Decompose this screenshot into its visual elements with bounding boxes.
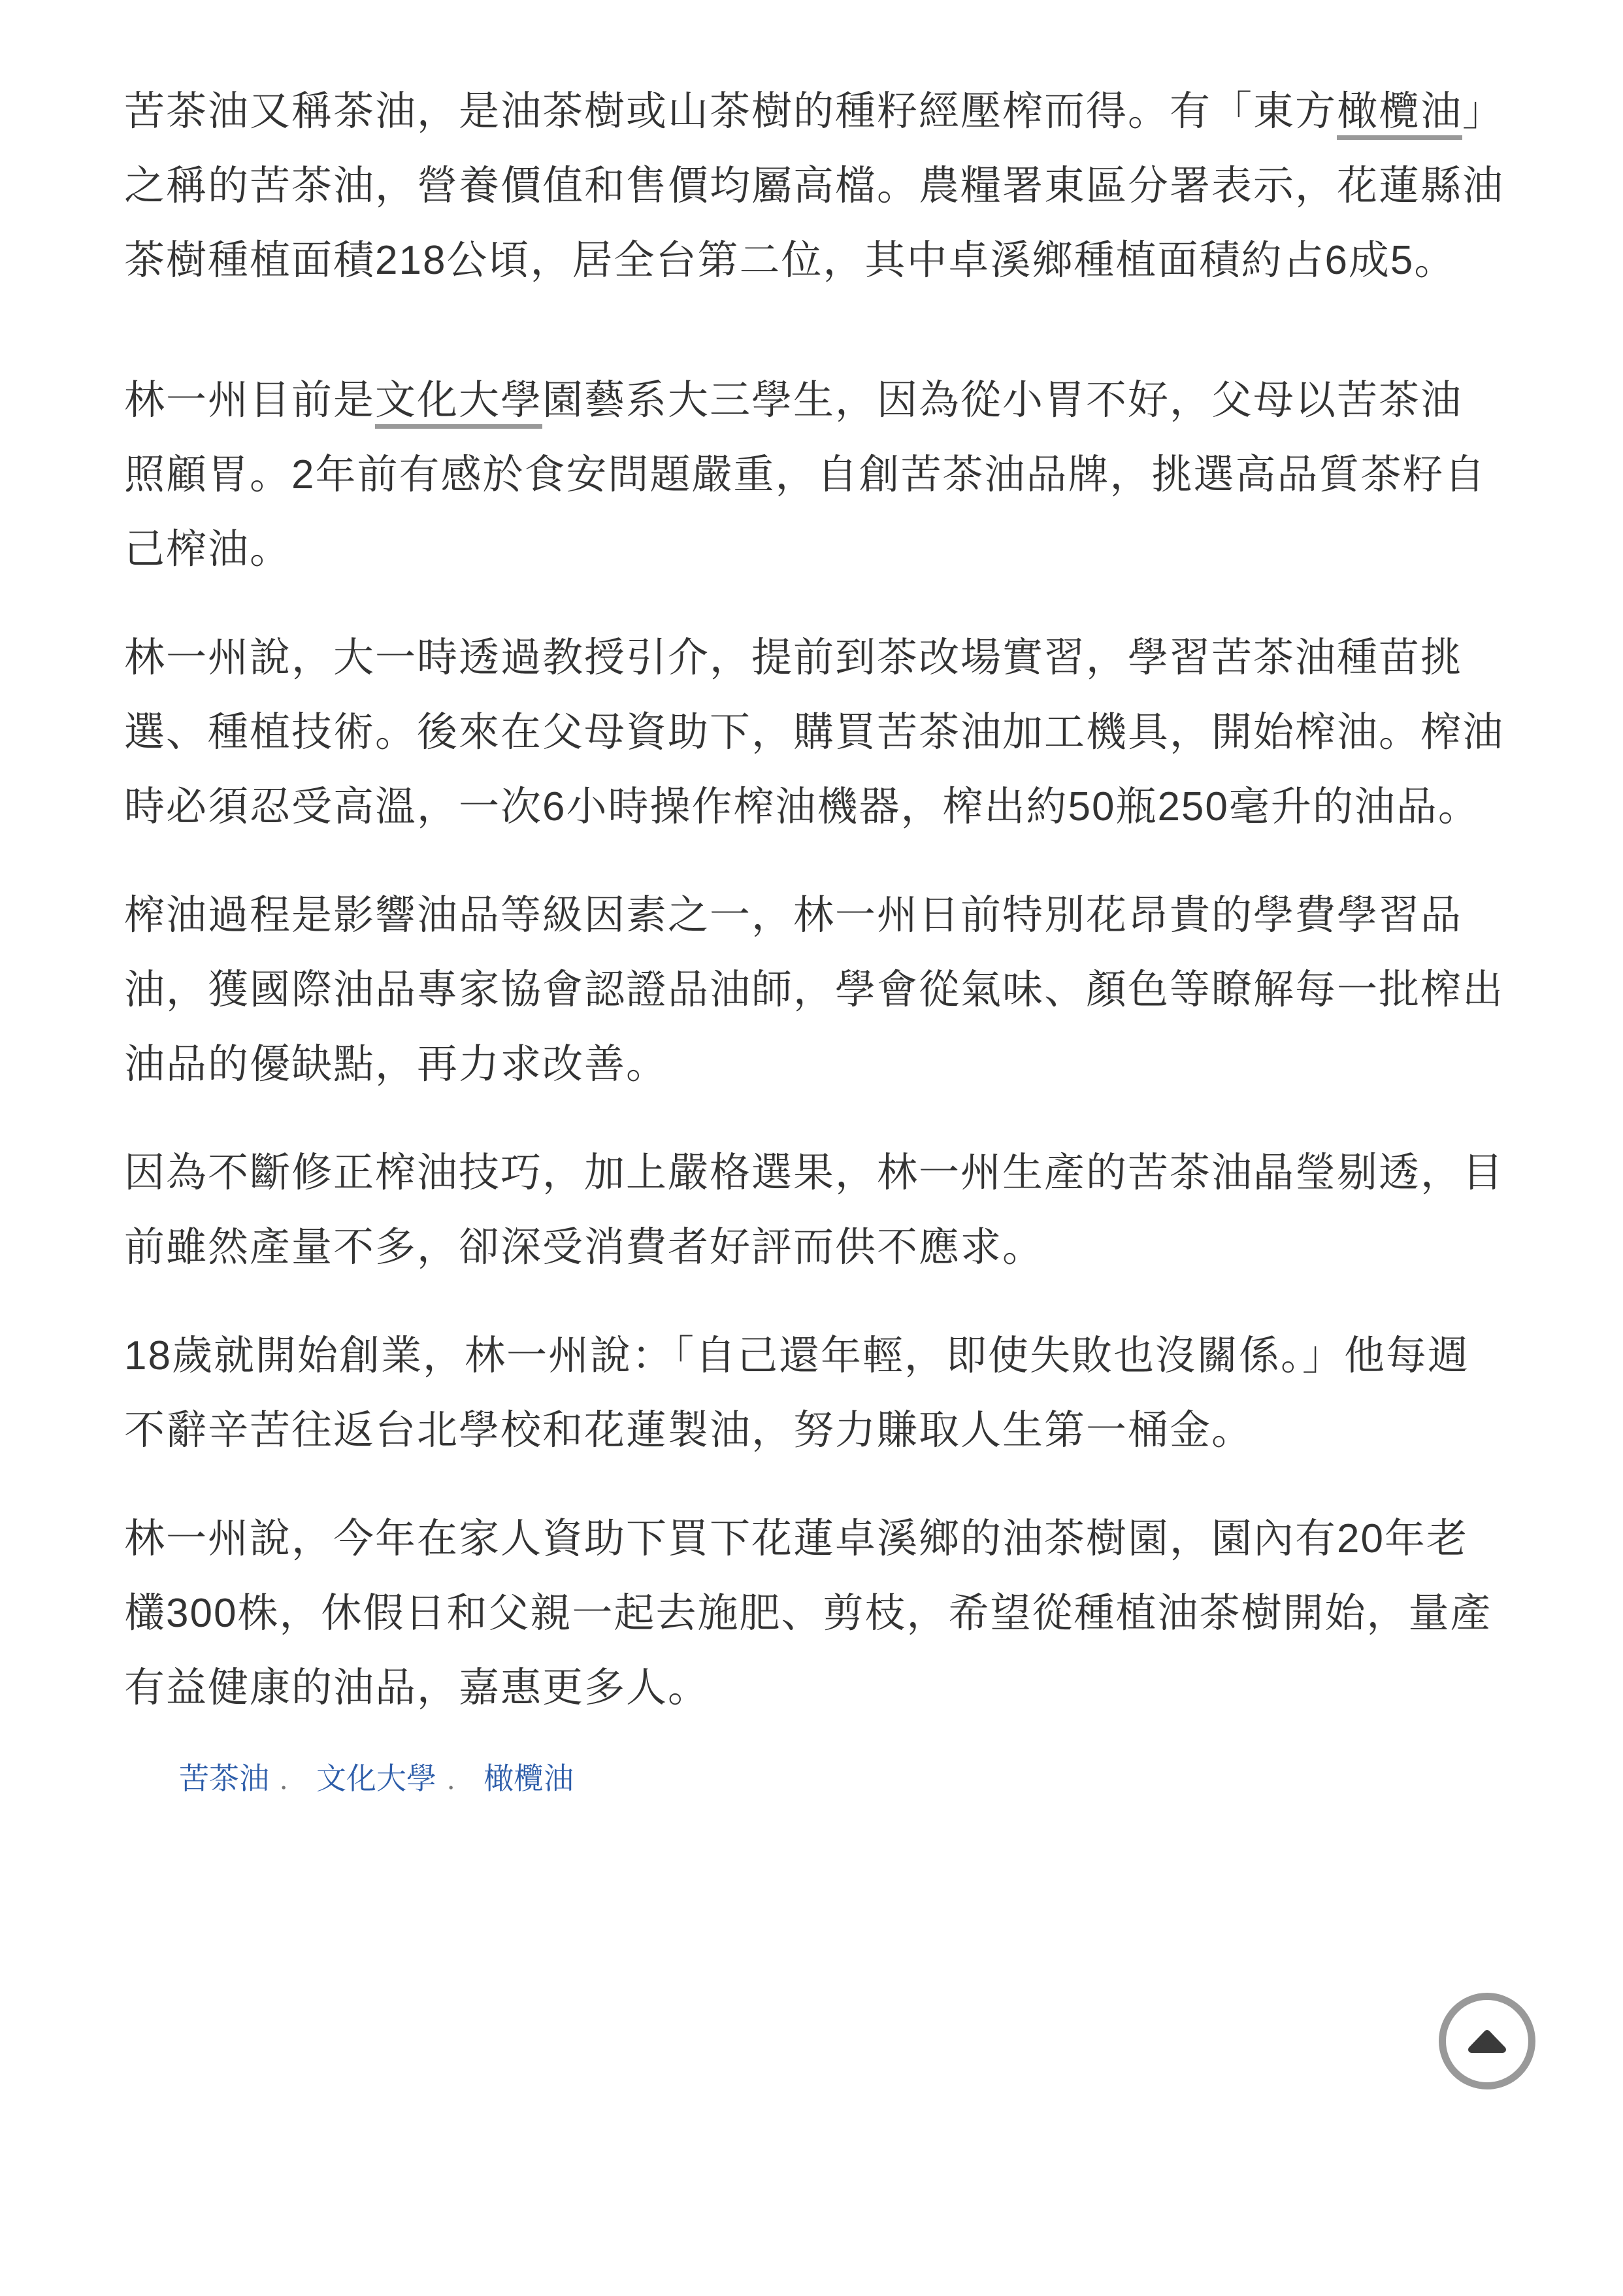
inline-link-culture-university[interactable]: 文化大學 bbox=[375, 378, 542, 429]
article-paragraph: 林一州目前是文化大學園藝系大三學生，因為從小胃不好，父母以苦茶油照顧胃。2年前有… bbox=[124, 363, 1504, 587]
article-paragraph: 苦茶油又稱茶油，是油茶樹或山茶樹的種籽經壓榨而得。有「東方橄欖油」之稱的苦茶油，… bbox=[124, 75, 1504, 298]
paragraph-text: 苦茶油又稱茶油，是油茶樹或山茶樹的種籽經壓榨而得。有「東方 bbox=[124, 89, 1337, 134]
tag-link-bitter-tea-oil[interactable]: 苦茶油 bbox=[179, 1762, 269, 1795]
article-body: 苦茶油又稱茶油，是油茶樹或山茶樹的種籽經壓榨而得。有「東方橄欖油」之稱的苦茶油，… bbox=[0, 0, 1504, 1800]
article-paragraph: 林一州說，大一時透過教授引介，提前到茶改場實習，學習苦茶油種苗挑選、種植技術。後… bbox=[124, 621, 1504, 844]
inline-link-olive-oil[interactable]: 橄欖油 bbox=[1337, 89, 1462, 140]
tag-link-olive-oil[interactable]: 橄欖油 bbox=[484, 1762, 574, 1795]
paragraph-text: 林一州說，大一時透過教授引介，提前到茶改場實習，學習苦茶油種苗挑選、種植技術。後… bbox=[124, 635, 1504, 829]
paragraph-text: 林一州目前是 bbox=[124, 378, 375, 423]
paragraph-text: 榨油過程是影響油品等級因素之一，林一州日前特別花昂貴的學費學習品油，獲國際油品專… bbox=[124, 893, 1504, 1087]
article-paragraph: 因為不斷修正榨油技巧，加上嚴格選果，林一州生產的苦茶油晶瑩剔透，目前雖然產量不多… bbox=[124, 1136, 1504, 1285]
article-paragraph: 18歲就開始創業，林一州說：「自己還年輕，即使失敗也沒關係。」他每週不辭辛苦往返… bbox=[124, 1319, 1504, 1468]
arrow-up-icon bbox=[1466, 2028, 1508, 2054]
paragraph-text: 18歲就開始創業，林一州說：「自己還年輕，即使失敗也沒關係。」他每週不辭辛苦往返… bbox=[124, 1333, 1469, 1453]
back-to-top-button[interactable] bbox=[1439, 1993, 1535, 2089]
page: 苦茶油又稱茶油，是油茶樹或山茶樹的種籽經壓榨而得。有「東方橄欖油」之稱的苦茶油，… bbox=[0, 0, 1623, 2296]
tag-list: 苦茶油．文化大學．橄欖油 bbox=[179, 1759, 1504, 1800]
article-paragraph: 榨油過程是影響油品等級因素之一，林一州日前特別花昂貴的學費學習品油，獲國際油品專… bbox=[124, 878, 1504, 1102]
tag-separator: ． bbox=[447, 1765, 473, 1795]
tag-separator: ． bbox=[280, 1765, 306, 1795]
article-paragraph: 林一州說，今年在家人資助下買下花蓮卓溪鄉的油茶樹園，園內有20年老欉300株，休… bbox=[124, 1502, 1504, 1725]
tag-link-culture-university[interactable]: 文化大學 bbox=[316, 1762, 436, 1795]
paragraph-text: 林一州說，今年在家人資助下買下花蓮卓溪鄉的油茶樹園，園內有20年老欉300株，休… bbox=[124, 1516, 1492, 1710]
paragraph-text: 因為不斷修正榨油技巧，加上嚴格選果，林一州生產的苦茶油晶瑩剔透，目前雖然產量不多… bbox=[124, 1150, 1504, 1270]
